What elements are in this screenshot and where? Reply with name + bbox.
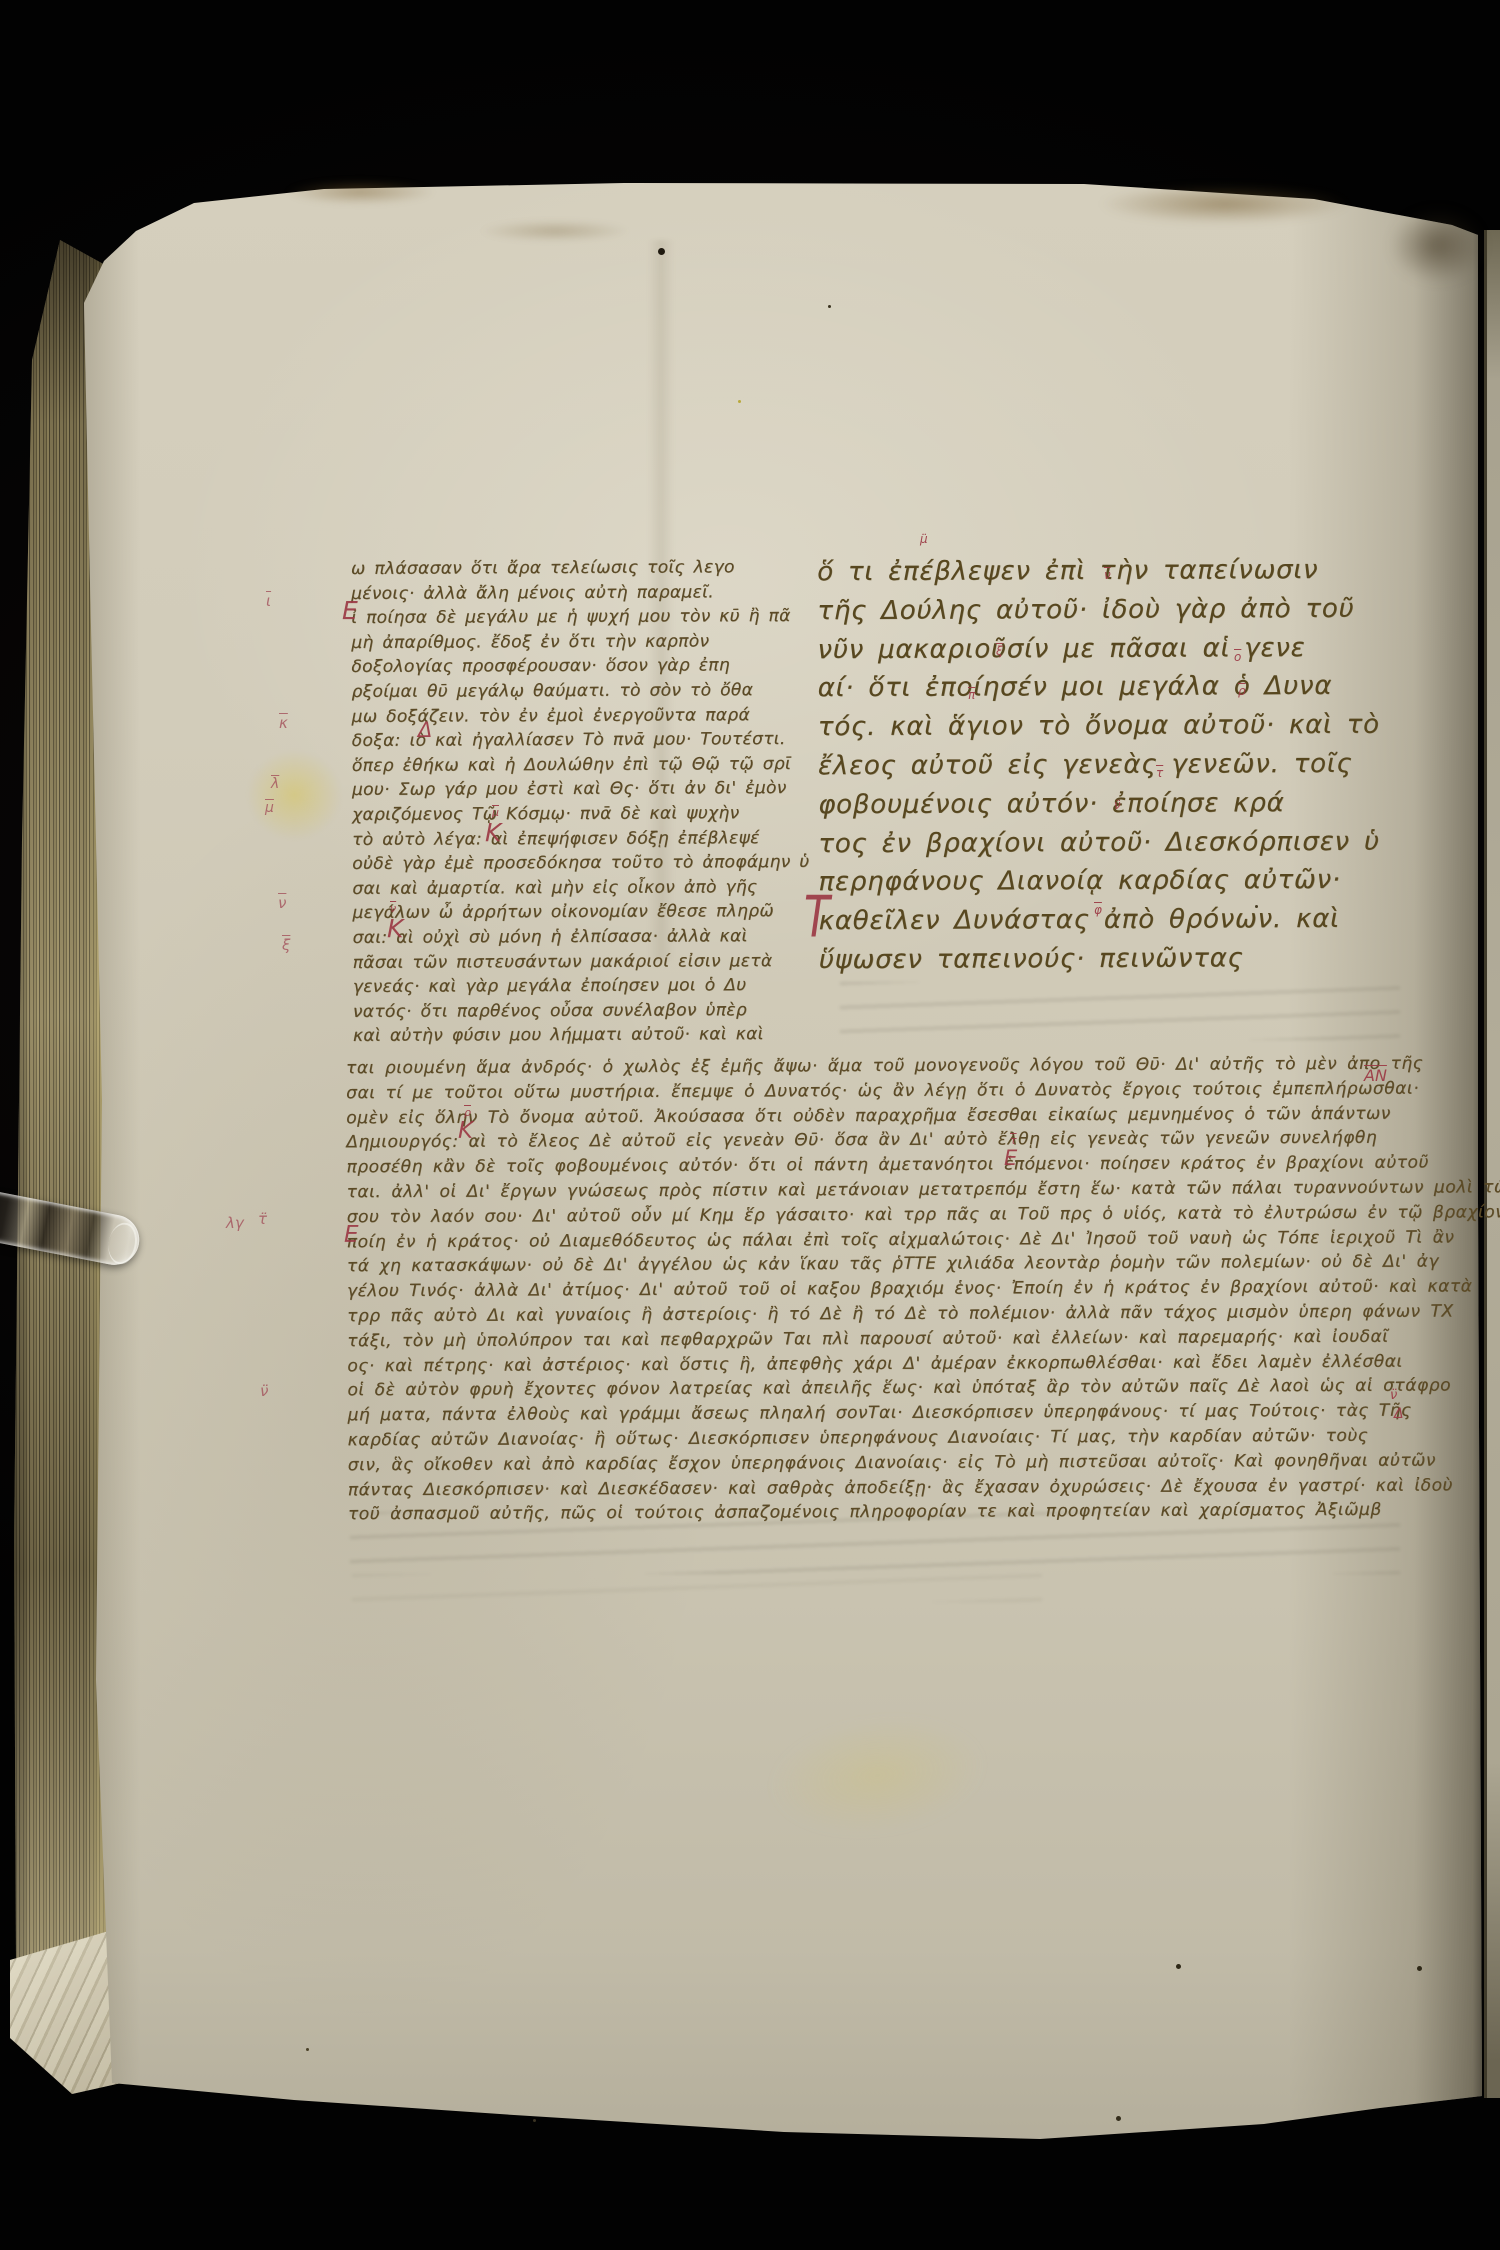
stain-top-edge	[1100, 184, 1350, 224]
text-line: αί· ὅτι ἐποίησέν μοι μεγάλα ὁ Δυνα	[818, 667, 1378, 708]
text-line: ὕψωσεν ταπεινούς· πεινῶντας	[819, 939, 1379, 980]
ink-show-through	[840, 982, 1400, 1040]
margin-section-numeral: ν	[278, 894, 286, 912]
superscript-numeral: ν̈	[1114, 798, 1121, 812]
text-line: σαι καὶ ἀμαρτία. καὶ μὴν εἰς οἶκον ἀπὸ γ…	[352, 875, 798, 902]
superscript-numeral: ρ	[1238, 684, 1246, 698]
margin-section-numeral: ν̈	[260, 1382, 268, 1400]
stain-top-edge	[285, 179, 435, 205]
superscript-numeral: ν	[390, 902, 396, 915]
text-line: σαι: αὶ οὐχὶ σὺ μόνη ἡ ἐλπίσασα· ἀλλὰ κα…	[353, 924, 799, 951]
text-line: τος ἐν βραχίονι αὐτοῦ· Διεσκόρπισεν ὑ	[818, 822, 1378, 863]
text-line: νῦν μακαριοῦσίν με πᾶσαι αἱ γενε	[817, 628, 1377, 669]
superscript-numeral: Δ	[1394, 1406, 1404, 1422]
margin-section-numeral: μ	[265, 800, 274, 816]
margin-section-numeral: ι	[266, 592, 271, 610]
superscript-numeral: ο	[1234, 650, 1241, 664]
text-line: γενεάς· καὶ γὰρ μεγάλα ἐποίησεν μοι ὁ Δυ	[353, 973, 799, 1000]
text-line: περηφάνους Διανοίᾳ καρδίας αὐτῶν·	[818, 861, 1378, 902]
superscript-numeral: μ	[492, 806, 499, 819]
text-line: ἔλεος αὐτοῦ εἰς γενεὰς γενεῶν. τοῖς	[818, 745, 1378, 786]
superscript-numeral: μ̈	[920, 532, 928, 546]
text-line: πᾶσαι τῶν πιστευσάντων μακάριοί εἰσιν με…	[353, 949, 799, 976]
photo-scene: ω πλάσασαν ὅτι ἄρα τελείωσις τοῖς λεγο μ…	[0, 0, 1500, 2250]
rubric-initial-large: Τ	[804, 884, 830, 950]
text-line: ρξοίμαι θῡ μεγάλῳ θαύματι. τὸ σὸν τὸ ὄθα	[351, 678, 797, 705]
rubric-initial: Κ	[387, 914, 403, 943]
margin-section-numeral: λ	[271, 776, 279, 792]
text-line: δοξολογίας προσφέρουσαν· ὅσον γὰρ ἐπη	[351, 653, 797, 680]
commentary-lower-block: ται ριουμένη ἅμα ἀνδρός· ὁ χωλὸς ἐξ ἐμῆς…	[346, 1052, 1404, 1528]
margin-section-numeral: τ̈	[258, 1210, 267, 1228]
text-line: μένοις· ἀλλὰ ἄλη μένοις αὐτὴ παραμεῖ.	[351, 580, 797, 607]
text-line: τός. καὶ ἅγιον τὸ ὄνομα αὐτοῦ· καὶ τὸ	[818, 706, 1378, 747]
text-line: ω πλάσασαν ὅτι ἄρα τελείωσις τοῖς λεγο	[351, 555, 797, 582]
text-line: ὅ τι ἐπέβλεψεν ἐπὶ τὴν ταπείνωσιν	[817, 551, 1377, 592]
text-line: τῆς Δούλης αὐτοῦ· ἰδοὺ γὰρ ἀπὸ τοῦ	[817, 590, 1377, 631]
rubric-initial: Ε	[344, 1222, 359, 1248]
margin-section-numeral: ξ	[282, 936, 290, 954]
superscript-numeral: τ	[1010, 1134, 1017, 1147]
text-line: ὅπερ ἐθήκω καὶ ἠ Δουλώθην ἐπὶ τῷ Θῷ τῷ σ…	[352, 752, 798, 779]
gutter-corner-shadow	[1390, 208, 1485, 283]
superscript-numeral: ξ	[996, 644, 1003, 658]
text-line: ἰ ποίησα δὲ μεγάλυ με ἡ ψυχή μου τὸν κῡ …	[351, 604, 797, 631]
text-line: τοῦ ἀσπασμοῦ αὐτῆς, πῶς οἱ τούτοις ἀσπαζ…	[348, 1498, 1404, 1527]
text-line: μεγάλων ὦ ἀρρήτων οἰκονομίαν ἔθεσε πληρῶ	[352, 899, 798, 926]
stain-top-edge	[480, 220, 630, 242]
superscript-numeral: ν	[1104, 568, 1111, 582]
ink-show-through	[352, 1574, 1042, 1602]
text-line: οὐδὲ γὰρ ἐμὲ προσεδόκησα τοῦτο τὸ ἀποφάμ…	[352, 850, 798, 877]
rubric-section-mark: ΑΝ	[1364, 1066, 1387, 1085]
superscript-numeral: ρ	[464, 1106, 471, 1119]
commentary-left-column: ω πλάσασαν ὅτι ἄρα τελείωσις τοῖς λεγο μ…	[351, 555, 799, 1049]
rubric-initial: Κ	[485, 818, 501, 847]
ink-specks	[0, 0, 3, 3]
text-line: φοβουμένοις αὐτόν· ἐποίησε κρά	[818, 784, 1378, 825]
superscript-numeral: π	[968, 688, 975, 702]
text-line: μου· Σωρ γάρ μου ἐστὶ καὶ Θς· ὅτι ἀν δι'…	[352, 776, 798, 803]
text-line: χαριζόμενος Τῷ Κόσμῳ· πνᾱ δὲ καὶ ψυχὴν	[352, 801, 798, 828]
superscript-numeral: τ	[1156, 766, 1163, 780]
rubric-initial: Ε	[1004, 1146, 1017, 1170]
margin-section-numeral: λγ	[226, 1214, 244, 1232]
superscript-numeral: φ	[1094, 903, 1102, 917]
rubric-initial: Κ	[458, 1118, 473, 1144]
margin-section-numeral: κ	[279, 714, 288, 732]
text-line: καὶ αὐτὴν φύσιν μου λήμματι αὐτοῦ· καὶ κ…	[353, 1022, 799, 1049]
rubric-initial: Δ	[418, 718, 432, 742]
yellow-wax-spot	[247, 750, 342, 840]
text-line: τὸ αὐτὸ λέγα: αὶ ἐπεψήφισεν δόξῃ ἐπέβλεψ…	[352, 826, 798, 853]
superscript-numeral: ν̈	[1390, 1388, 1397, 1403]
rubric-initial: Ε	[342, 596, 358, 625]
facing-page-edge	[1484, 230, 1500, 2098]
text-line: νατός· ὅτι παρθένος οὖσα συνέλαβον ὑπὲρ	[353, 998, 799, 1025]
text-line: μὴ ἀπαρίθμος. ἔδοξ ἐν ὅτι τὴν καρπὸν	[351, 629, 797, 656]
